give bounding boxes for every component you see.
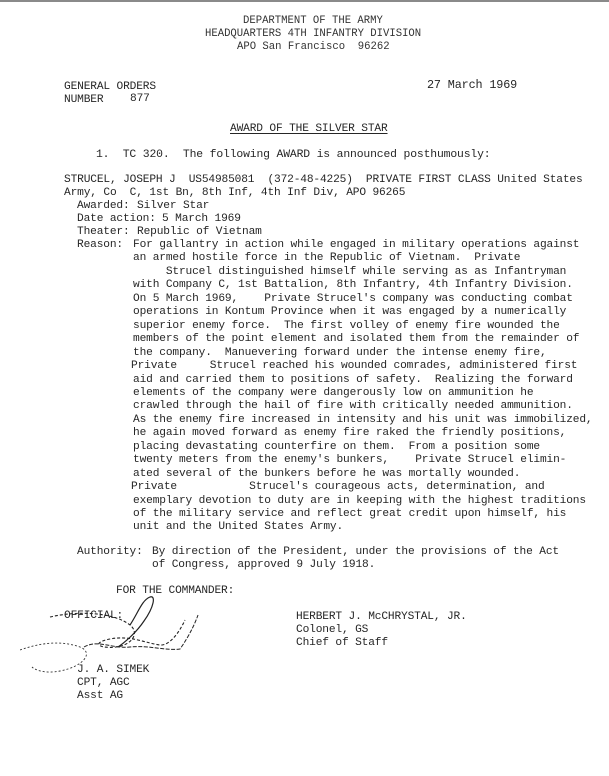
reason-line: exemplary devotion to duty are in keepin… [133, 495, 586, 508]
signer-rank: Colonel, GS [296, 624, 368, 637]
reason-line: Private Strucel's courageous acts, deter… [131, 481, 545, 494]
reason-line: For gallantry in action while engaged in… [133, 239, 579, 252]
reason-line: an armed hostile force in the Republic o… [133, 252, 520, 265]
awarded-value: Silver Star [137, 200, 209, 213]
reason-line: ated several of the bunkers before he wa… [133, 468, 520, 481]
award-intro: 1. TC 320. The following AWARD is announ… [96, 149, 490, 162]
reason-line: the company. Manuevering forward under t… [133, 347, 547, 360]
reason-line: crawled through the hail of fire with cr… [133, 400, 573, 413]
signature-scrawl [20, 595, 210, 675]
letterhead-headquarters: HEADQUARTERS 4TH INFANTRY DIVISION [205, 28, 421, 41]
number-label: NUMBER [64, 94, 103, 107]
order-date: 27 March 1969 [427, 79, 517, 92]
letterhead-department: DEPARTMENT OF THE ARMY [243, 15, 383, 28]
recipient-line-2: Army, Co C, 1st Bn, 8th Inf, 4th Inf Div… [64, 187, 405, 200]
date-action-label: Date action: [77, 213, 156, 226]
document-title: AWARD OF THE SILVER STAR [230, 123, 388, 136]
reason-line: operations in Kontum Province when it wa… [133, 306, 566, 319]
reason-line: members of the point element and isolate… [133, 333, 579, 346]
authority-label: Authority: [77, 546, 143, 559]
reason-line: elements of the company were dangerously… [133, 387, 533, 400]
reason-label: Reason: [77, 239, 123, 252]
reason-line: of the military service and reflect grea… [133, 508, 566, 521]
order-number: 877 [130, 93, 150, 106]
reason-line: with Company C, 1st Battalion, 8th Infan… [133, 279, 573, 292]
awarded-label: Awarded: [77, 200, 130, 213]
reason-line: he again moved forward as enemy fire rak… [133, 427, 566, 440]
date-action-value: 5 March 1969 [162, 213, 241, 226]
reason-line: placing devastating counterfire on them.… [133, 441, 540, 454]
reason-line: Strucel distinguished himself while serv… [133, 266, 566, 279]
theater-value: Republic of Vietnam [137, 226, 262, 239]
reason-line: On 5 March 1969, Private Strucel's compa… [133, 293, 573, 306]
official-name: J. A. SIMEK [77, 664, 149, 677]
reason-line: Private Strucel reached his wounded comr… [131, 360, 577, 373]
reason-line: unit and the United States Army. [133, 521, 343, 534]
signer-name: HERBERT J. McCHRYSTAL, JR. [296, 611, 467, 624]
reason-line: As the enemy fire increased in intensity… [133, 414, 592, 427]
authority-line-2: of Congress, approved 9 July 1918. [152, 559, 375, 572]
reason-line: aid and carried them to positions of saf… [133, 374, 573, 387]
authority-line-1: By direction of the President, under the… [152, 546, 559, 559]
reason-line: superior enemy force. The first volley o… [133, 320, 560, 333]
recipient-line-1: STRUCEL, JOSEPH J US54985081 (372-48-422… [64, 174, 583, 187]
signer-title: Chief of Staff [296, 637, 388, 650]
reason-line: twenty meters from the enemy's bunkers, … [133, 454, 566, 467]
official-title: Asst AG [77, 690, 123, 703]
letterhead-address: APO San Francisco 96262 [237, 41, 390, 54]
theater-label: Theater: [77, 226, 130, 239]
official-rank: CPT, AGC [77, 677, 130, 690]
scan-top-edge [0, 0, 609, 2]
